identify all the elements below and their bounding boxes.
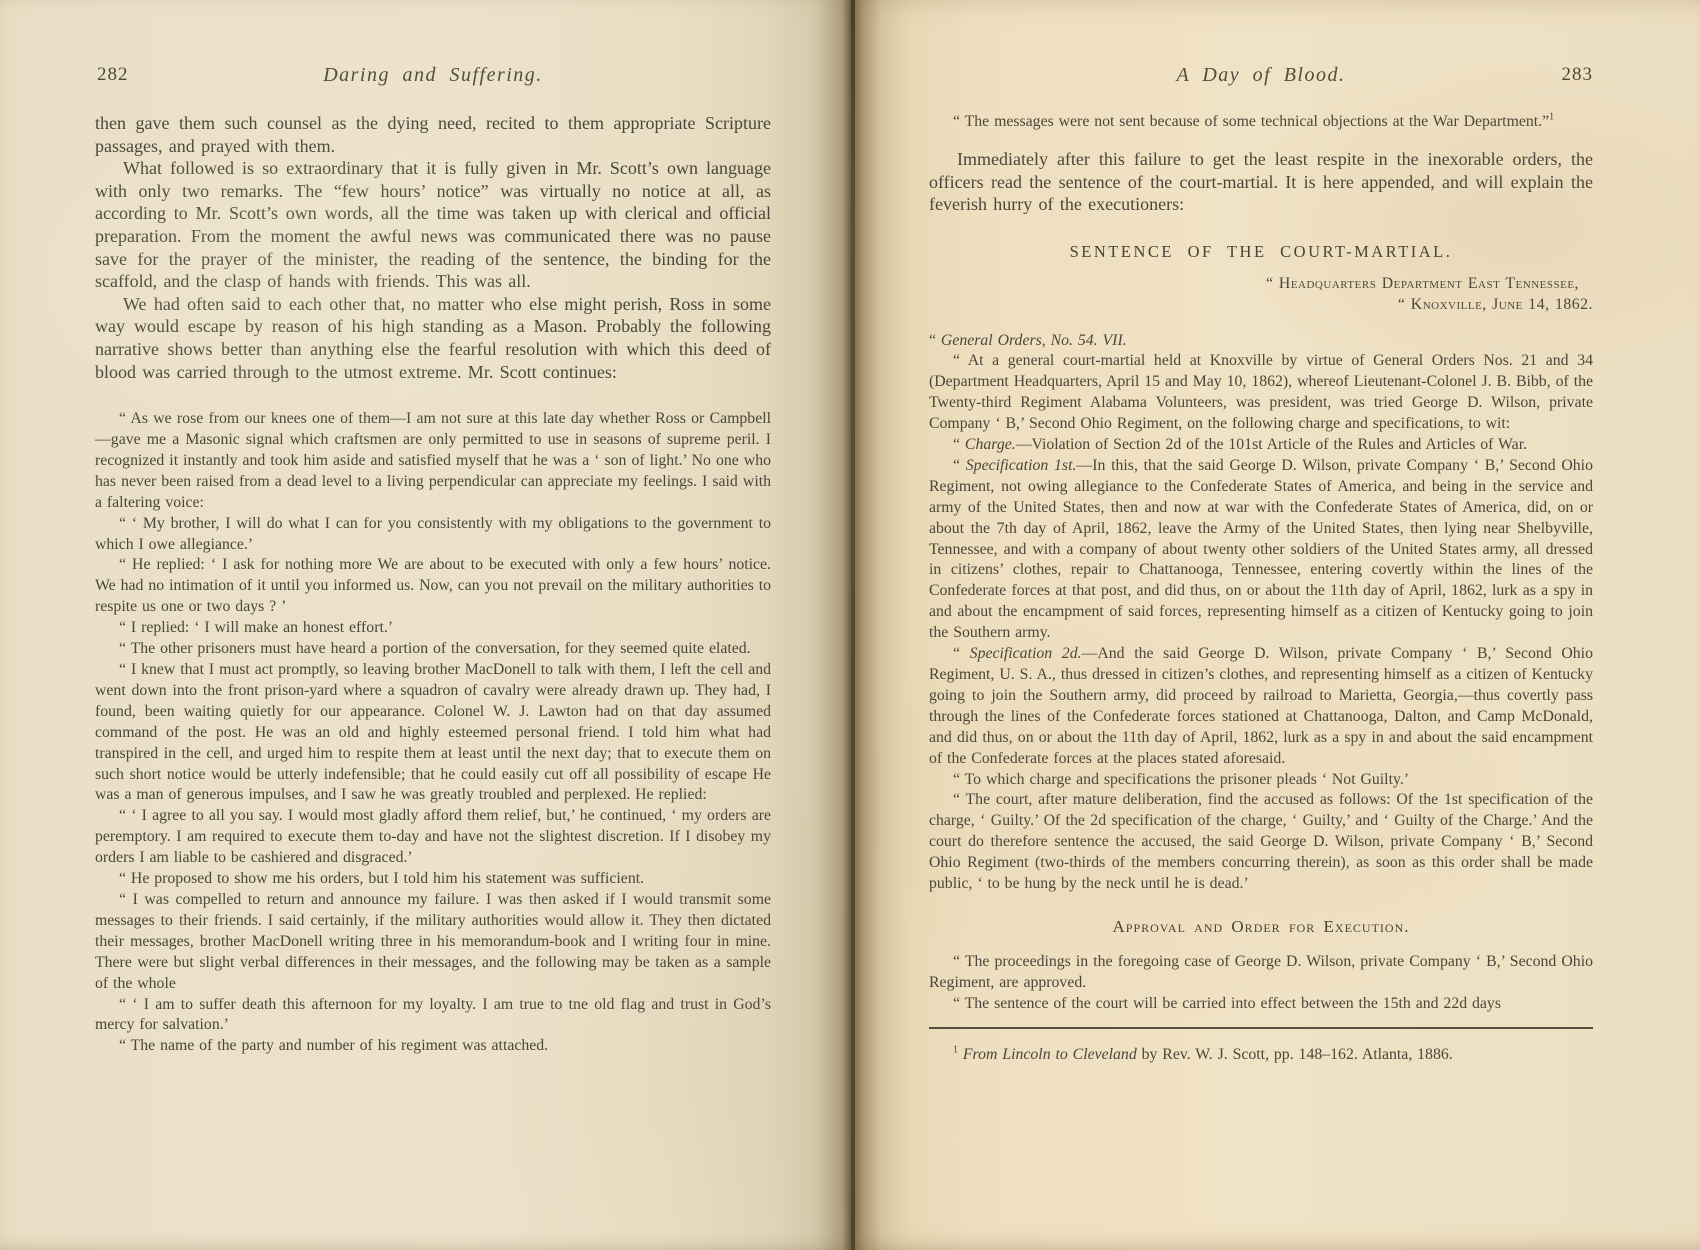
paragraph-specification-1: “ Specification 1st.—In this, that the s…: [929, 456, 1593, 644]
paragraph-pleads: “ To which charge and specifications the…: [929, 770, 1593, 791]
page-number-right: 283: [1562, 64, 1594, 86]
heading-approval-execution: Approval and Order for Execution.: [929, 917, 1593, 938]
dateline-knoxville: “ Knoxville, June 14, 1862.: [929, 295, 1593, 316]
paragraph-court-martial: “ At a general court-martial held at Kno…: [929, 351, 1593, 435]
paragraph-continuation: then gave them such counsel as the dying…: [95, 112, 771, 157]
charge-text: —Violation of Section 2d of the 101st Ar…: [1016, 436, 1527, 453]
general-orders-lead: General Orders, No. 54. VII.: [941, 332, 1127, 349]
specification-1-lead: Specification 1st.: [966, 457, 1077, 474]
paragraph-sentence-effect: “ The sentence of the court will be carr…: [929, 994, 1593, 1015]
excerpt-block: “ As we rose from our knees one of them—…: [95, 409, 771, 1057]
quote-mark: “: [953, 436, 965, 453]
running-title-right: A Day of Blood.: [929, 64, 1593, 87]
excerpt-paragraph: “ He proposed to show me his orders, but…: [95, 869, 771, 890]
quote-mark: “: [953, 457, 966, 474]
excerpt-paragraph: “ As we rose from our knees one of them—…: [95, 409, 771, 514]
specification-2-text: —And the said George D. Wilson, private …: [929, 645, 1593, 767]
excerpt-paragraph: “ ‘ I am to suffer death this afternoon …: [95, 995, 771, 1037]
paragraph-charge: “ Charge.—Violation of Section 2d of the…: [929, 435, 1593, 456]
running-title-left: Daring and Suffering.: [95, 64, 771, 87]
excerpt-paragraph: “ ‘ I agree to all you say. I would most…: [95, 806, 771, 869]
specification-2-lead: Specification 2d.: [970, 645, 1082, 662]
charge-lead: Charge.: [965, 436, 1016, 453]
page-left: 282 Daring and Suffering. then gave them…: [0, 0, 851, 1250]
excerpt-paragraph: “ The name of the party and number of hi…: [95, 1036, 771, 1057]
footnote-title: From Lincoln to Cleveland: [963, 1046, 1137, 1063]
dateline-headquarters: “ Headquarters Department East Tennessee…: [929, 274, 1593, 295]
paragraph-general-orders: “ General Orders, No. 54. VII.: [929, 331, 1593, 352]
quote-mark: “: [953, 645, 970, 662]
footnote-ref: 1: [953, 1044, 958, 1055]
text-column-right: A Day of Blood. 283 “ The messages were …: [929, 0, 1593, 1066]
footnote: 1 From Lincoln to Cleveland by Rev. W. J…: [929, 1045, 1593, 1066]
footnote-rule: [929, 1027, 1593, 1029]
excerpt-paragraph: “ ‘ My brother, I will do what I can for…: [95, 514, 771, 556]
text-column-left: 282 Daring and Suffering. then gave them…: [95, 0, 771, 1057]
paragraph-messages-text: “ The messages were not sent because of …: [953, 113, 1549, 130]
specification-1-text: —In this, that the said George D. Wilson…: [929, 457, 1593, 641]
footnote-text: by Rev. W. J. Scott, pp. 148–162. Atlant…: [1137, 1046, 1453, 1063]
page-number-left: 282: [97, 64, 129, 86]
running-head-right: A Day of Blood. 283: [929, 64, 1593, 92]
excerpt-paragraph: “ I was compelled to return and announce…: [95, 890, 771, 995]
excerpt-paragraph: “ The other prisoners must have heard a …: [95, 639, 771, 660]
excerpt-paragraph: “ I knew that I must act promptly, so le…: [95, 660, 771, 806]
paragraph-proceedings: “ The proceedings in the foregoing case …: [929, 952, 1593, 994]
excerpt-paragraph: “ He replied: ‘ I ask for nothing more W…: [95, 555, 771, 618]
footnote-marker: 1: [1549, 112, 1554, 123]
paragraph-court-finds: “ The court, after mature deliberation, …: [929, 790, 1593, 895]
paragraph-what-followed: What followed is so extraordinary that i…: [95, 157, 771, 293]
paragraph-messages: “ The messages were not sent because of …: [929, 112, 1593, 133]
page-right: A Day of Blood. 283 “ The messages were …: [855, 0, 1700, 1250]
paragraph-immediately: Immediately after this failure to get th…: [929, 148, 1593, 216]
book-spread: 282 Daring and Suffering. then gave them…: [0, 0, 1700, 1250]
running-head-left: 282 Daring and Suffering.: [95, 64, 771, 92]
quote-mark: “: [929, 332, 941, 349]
paragraph-specification-2: “ Specification 2d.—And the said George …: [929, 644, 1593, 769]
heading-sentence-court-martial: SENTENCE OF THE COURT-MARTIAL.: [929, 242, 1593, 262]
excerpt-paragraph: “ I replied: ‘ I will make an honest eff…: [95, 618, 771, 639]
paragraph-we-had-often: We had often said to each other that, no…: [95, 293, 771, 383]
